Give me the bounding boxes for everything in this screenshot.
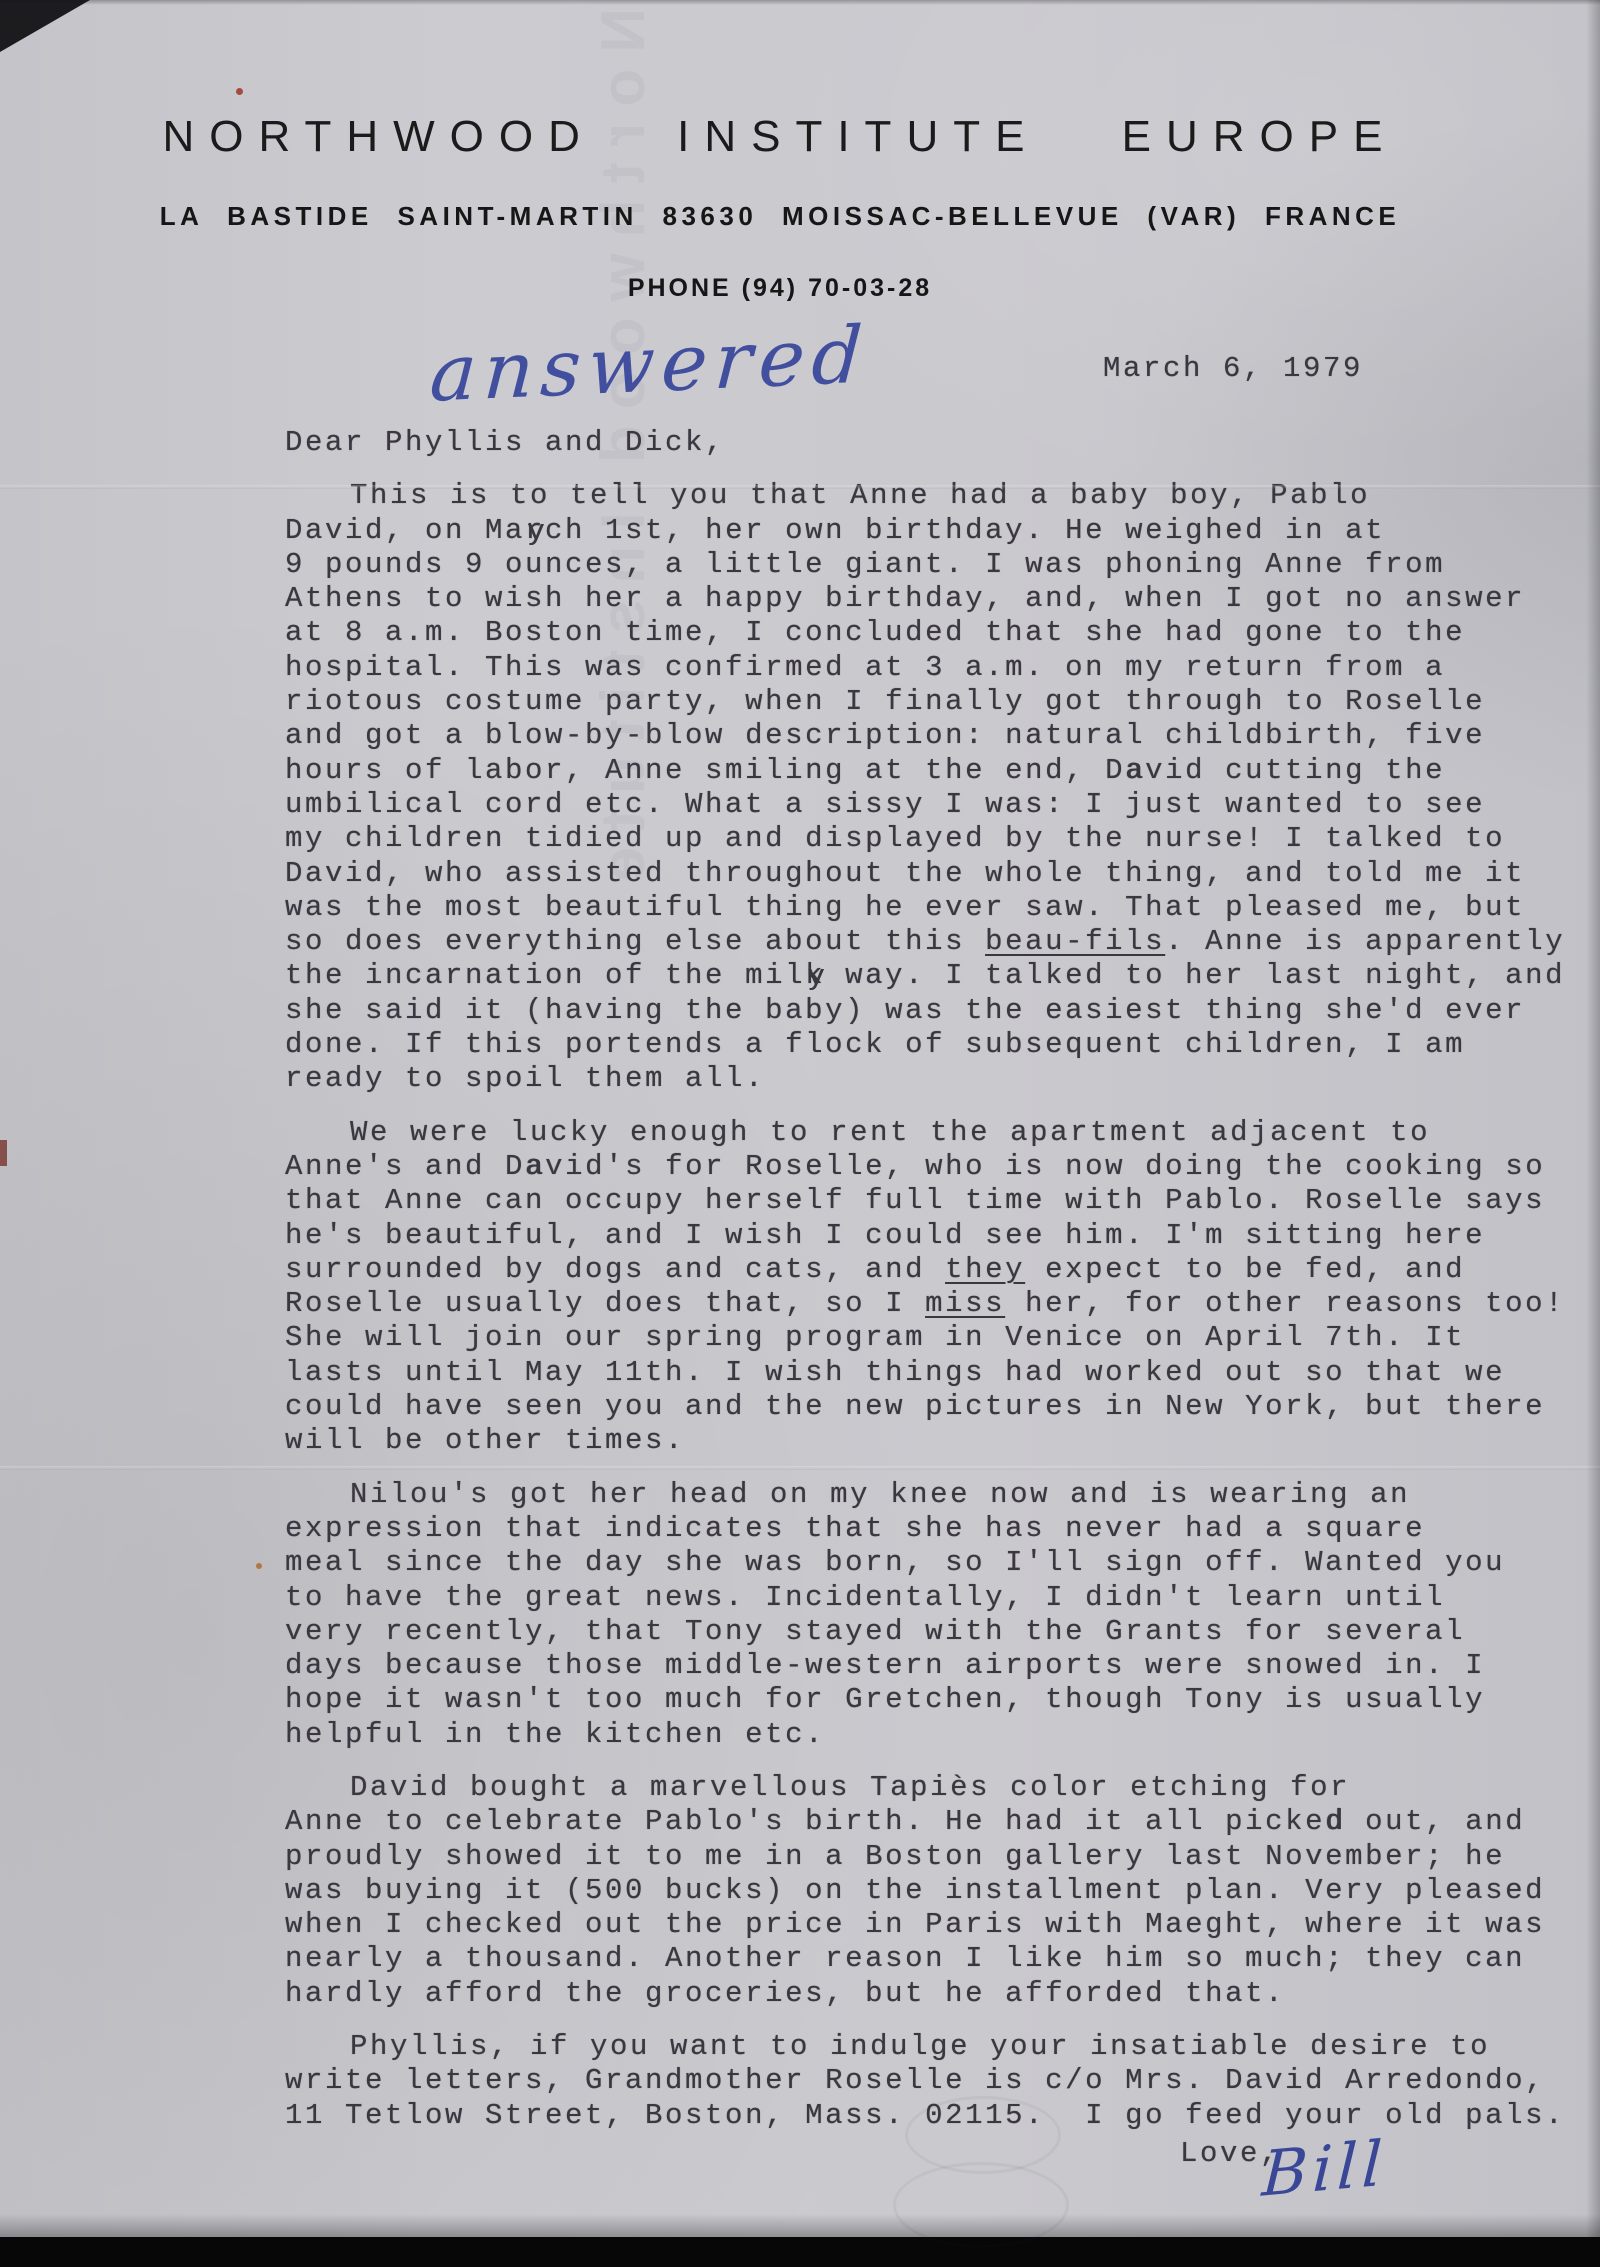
scan-edge-shadow — [0, 2214, 1600, 2238]
typewritten-line: the incarnation of the milky way. I talk… — [285, 959, 1600, 993]
text-segment: Athens to wish her a happy birthday, and… — [285, 582, 1525, 615]
paper-fold-crease — [0, 1466, 1600, 1470]
typewritten-line: will be other times. — [285, 1424, 1600, 1458]
text-segment: Anne's and D — [285, 1150, 525, 1183]
typewritten-line: my children tidied up and displayed by t… — [285, 822, 1600, 856]
text-segment: very recently, that Tony stayed with the… — [285, 1615, 1465, 1648]
typewritten-line: that Anne can occupy herself full time w… — [285, 1184, 1600, 1218]
underlined-text: miss — [925, 1287, 1005, 1320]
scan-edge-shadow — [0, 0, 1600, 5]
text-segment: hospital. This was confirmed at 3 a.m. o… — [285, 651, 1445, 684]
typewritten-line: David, on Marych 1st, her own birthday. … — [285, 514, 1600, 548]
typewritten-line: proudly showed it to me in a Boston gall… — [285, 1840, 1600, 1874]
text-segment: surrounded by dogs and cats, and — [285, 1253, 945, 1286]
typewritten-line: and got a blow-by-blow description: natu… — [285, 719, 1600, 753]
scan-edge-shadow — [1586, 0, 1600, 2267]
typewritten-line: hospital. This was confirmed at 3 a.m. o… — [285, 651, 1600, 685]
typewritten-line: riotous costume party, when I finally go… — [285, 685, 1600, 719]
typewritten-line: lasts until May 11th. I wish things had … — [285, 1356, 1600, 1390]
scan-artifact-dot — [256, 1563, 262, 1569]
typewritten-line: done. If this portends a flock of subseq… — [285, 1028, 1600, 1062]
typewritten-line: hardly afford the groceries, but he affo… — [285, 1977, 1600, 2011]
paragraph: David bought a marvellous Tapiès color e… — [285, 1771, 1600, 2011]
text-segment: ch 1st, her own birthday. He weighed in … — [545, 514, 1385, 547]
text-segment: helpful in the kitchen etc. — [285, 1718, 825, 1751]
text-segment: vid cutting the — [1145, 754, 1445, 787]
typewritten-line: hours of labor, Anne smiling at the end,… — [285, 754, 1600, 788]
text-segment: meal since the day she was born, so I'll… — [285, 1546, 1505, 1579]
text-segment: when I checked out the price in Paris wi… — [285, 1908, 1545, 1941]
text-segment: a — [525, 1150, 545, 1183]
paper-fold-crease — [0, 485, 1600, 489]
typewritten-line: very recently, that Tony stayed with the… — [285, 1615, 1600, 1649]
letter-body: Dear Phyllis and Dick, This is to tell y… — [285, 426, 1600, 2133]
typewritten-line: he's beautiful, and I wish I could see h… — [285, 1219, 1600, 1253]
typewritten-line: surrounded by dogs and cats, and they ex… — [285, 1253, 1600, 1287]
text-segment: hours of labor, Anne smiling at the end,… — [285, 754, 1125, 787]
typewritten-line: Anne to celebrate Pablo's birth. He had … — [285, 1805, 1600, 1839]
text-segment: Phyllis, if you want to indulge your ins… — [350, 2030, 1490, 2063]
letter-date: March 6, 1979 — [1103, 352, 1363, 385]
text-segment: out, and — [1345, 1805, 1525, 1838]
typewritten-line: David, who assisted throughout the whole… — [285, 857, 1600, 891]
text-segment: She will join our spring program in Veni… — [285, 1321, 1465, 1354]
typewritten-line: Nilou's got her head on my knee now and … — [285, 1478, 1600, 1512]
text-segment: could have seen you and the new pictures… — [285, 1390, 1545, 1423]
paragraph: This is to tell you that Anne had a baby… — [285, 479, 1600, 1096]
text-segment: her, for other reasons too! — [1005, 1287, 1565, 1320]
typewritten-line: 9 pounds 9 ounces, a little giant. I was… — [285, 548, 1600, 582]
text-segment: nearly a thousand. Another reason I like… — [285, 1942, 1525, 1975]
pencil-ghost-mark — [893, 2162, 1069, 2248]
text-segment: hardly afford the groceries, but he affo… — [285, 1977, 1285, 2010]
scanned-letter: Northwood Institute NORTHWOOD INSTITUTE … — [0, 0, 1600, 2267]
paragraph: We were lucky enough to rent the apartme… — [285, 1116, 1600, 1459]
typewritten-line: when I checked out the price in Paris wi… — [285, 1908, 1600, 1942]
handwritten-signature: Bill — [1261, 2132, 1389, 2205]
typewritten-line: meal since the day she was born, so I'll… — [285, 1546, 1600, 1580]
typewritten-line: Phyllis, if you want to indulge your ins… — [285, 2030, 1600, 2064]
text-segment: write letters, Grandmother Roselle is c/… — [285, 2064, 1545, 2097]
typewritten-line: nearly a thousand. Another reason I like… — [285, 1942, 1600, 1976]
typewritten-line: to have the great news. Incidentally, I … — [285, 1581, 1600, 1615]
text-segment: was the most beautiful thing he ever saw… — [285, 891, 1525, 924]
text-segment: Anne to celebrate Pablo's birth. He had … — [285, 1805, 1325, 1838]
text-segment: David, on Ma — [285, 514, 525, 547]
scan-artifact-mark — [0, 1140, 7, 1166]
underlined-text: beau-fils — [985, 925, 1165, 958]
text-segment: my children tidied up and displayed by t… — [285, 822, 1505, 855]
letterhead-address: LA BASTIDE SAINT-MARTIN 83630 MOISSAC-BE… — [0, 201, 1560, 232]
typewritten-line: ready to spoil them all. — [285, 1062, 1600, 1096]
typewritten-line: helpful in the kitchen etc. — [285, 1718, 1600, 1752]
text-segment: 9 pounds 9 ounces, a little giant. I was… — [285, 548, 1445, 581]
typewritten-line: hope it wasn't too much for Gretchen, th… — [285, 1683, 1600, 1717]
handwritten-answered-note: answered — [428, 316, 871, 413]
typewritten-line: Athens to wish her a happy birthday, and… — [285, 582, 1600, 616]
scan-artifact-dot — [236, 88, 243, 95]
text-segment: hope it wasn't too much for Gretchen, th… — [285, 1683, 1485, 1716]
text-segment: done. If this portends a flock of subseq… — [285, 1028, 1465, 1061]
text-segment: Roselle usually does that, so I — [285, 1287, 925, 1320]
text-segment: David, who assisted throughout the whole… — [285, 857, 1525, 890]
text-segment: the incarnation of the mil — [285, 959, 805, 992]
typewritten-line: umbilical cord etc. What a sissy I was: … — [285, 788, 1600, 822]
typewritten-line: We were lucky enough to rent the apartme… — [285, 1116, 1600, 1150]
text-segment: was buying it (500 bucks) on the install… — [285, 1874, 1545, 1907]
scan-corner-shadow — [0, 0, 90, 52]
text-segment: David bought a marvellous Tapiès color e… — [350, 1771, 1350, 1804]
text-segment: to have the great news. Incidentally, I … — [285, 1581, 1445, 1614]
typewritten-line: days because those middle-western airpor… — [285, 1649, 1600, 1683]
overstruck-chars: ky — [805, 959, 825, 993]
text-segment: riotous costume party, when I finally go… — [285, 685, 1485, 718]
scan-bottom-edge — [0, 2237, 1600, 2267]
salutation: Dear Phyllis and Dick, — [285, 426, 1600, 460]
text-segment: and got a blow-by-blow description: natu… — [285, 719, 1485, 752]
typewritten-line: Roselle usually does that, so I miss her… — [285, 1287, 1600, 1321]
text-segment: that Anne can occupy herself full time w… — [285, 1184, 1545, 1217]
text-segment: expect to be fed, and — [1025, 1253, 1465, 1286]
text-segment: will be other times. — [285, 1424, 685, 1457]
text-segment: d — [1325, 1805, 1345, 1838]
text-segment: days because those middle-western airpor… — [285, 1649, 1485, 1682]
typewritten-line: she said it (having the baby) was the ea… — [285, 994, 1600, 1028]
text-segment: proudly showed it to me in a Boston gall… — [285, 1840, 1505, 1873]
typewritten-line: write letters, Grandmother Roselle is c/… — [285, 2064, 1600, 2098]
text-segment: ready to spoil them all. — [285, 1062, 765, 1095]
text-segment: umbilical cord etc. What a sissy I was: … — [285, 788, 1485, 821]
typewritten-line: was buying it (500 bucks) on the install… — [285, 1874, 1600, 1908]
typewritten-line: expression that indicates that she has n… — [285, 1512, 1600, 1546]
paragraph: Nilou's got her head on my knee now and … — [285, 1478, 1600, 1752]
text-segment: We were lucky enough to rent the apartme… — [350, 1116, 1430, 1149]
underlined-text: they — [945, 1253, 1025, 1286]
text-segment: he's beautiful, and I wish I could see h… — [285, 1219, 1485, 1252]
typewritten-line: so does everything else about this beau-… — [285, 925, 1600, 959]
text-segment: a — [1125, 754, 1145, 787]
text-segment: vid's for Roselle, who is now doing the … — [545, 1150, 1545, 1183]
typewritten-line: at 8 a.m. Boston time, I concluded that … — [285, 616, 1600, 650]
typewritten-line: She will join our spring program in Veni… — [285, 1321, 1600, 1355]
text-segment: lasts until May 11th. I wish things had … — [285, 1356, 1505, 1389]
text-segment: she said it (having the baby) was the ea… — [285, 994, 1525, 1027]
typewritten-line: Anne's and David's for Roselle, who is n… — [285, 1150, 1600, 1184]
paragraphs: This is to tell you that Anne had a baby… — [285, 479, 1600, 2133]
letterhead-phone: PHONE (94) 70-03-28 — [0, 274, 1560, 303]
text-segment: way. I talked to her last night, and — [825, 959, 1565, 992]
typewritten-line: could have seen you and the new pictures… — [285, 1390, 1600, 1424]
typewritten-line: David bought a marvellous Tapiès color e… — [285, 1771, 1600, 1805]
text-segment: at 8 a.m. Boston time, I concluded that … — [285, 616, 1465, 649]
text-segment: . Anne is apparently — [1165, 925, 1565, 958]
typewritten-line: was the most beautiful thing he ever saw… — [285, 891, 1600, 925]
text-segment: so does everything else about this — [285, 925, 985, 958]
text-segment: Nilou's got her head on my knee now and … — [350, 1478, 1410, 1511]
text-segment: expression that indicates that she has n… — [285, 1512, 1425, 1545]
letterhead-title: NORTHWOOD INSTITUTE EUROPE — [0, 112, 1560, 162]
overstruck-chars: ry — [525, 514, 545, 548]
